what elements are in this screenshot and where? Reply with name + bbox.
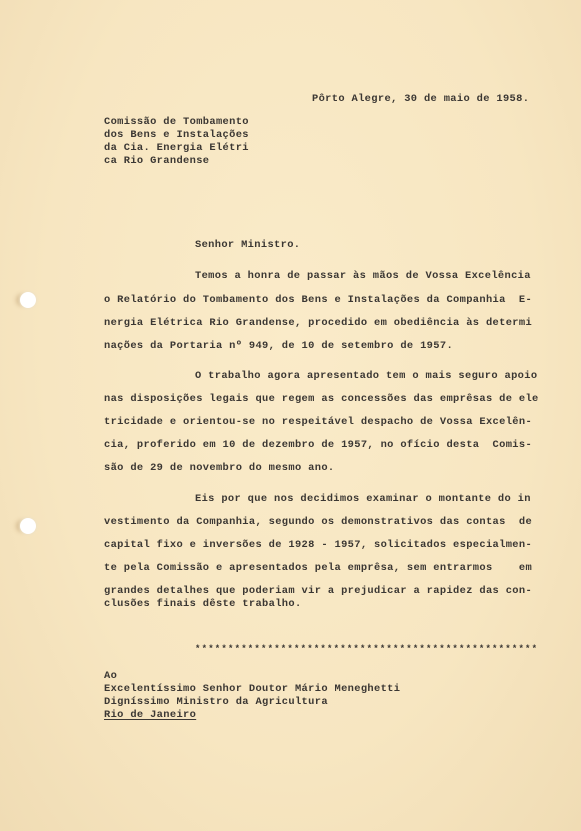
sender-line-1: Comissão de Tombamento xyxy=(104,116,249,129)
p2-line-3: tricidade e orientou-se no respeitável d… xyxy=(104,416,532,429)
separator-asterisks: ****************************************… xyxy=(195,643,538,656)
p1-line-2: o Relatório do Tombamento dos Bens e Ins… xyxy=(104,294,532,307)
salutation: Senhor Ministro. xyxy=(195,239,300,252)
p2-line-1: O trabalho agora apresentado tem o mais … xyxy=(195,370,537,383)
p3-line-4: te pela Comissão e apresentados pela emp… xyxy=(104,562,532,575)
addressee-line-4: Rio de Janeiro xyxy=(104,709,196,722)
sender-line-4: ca Rio Grandense xyxy=(104,155,209,168)
addressee-line-3: Digníssimo Ministro da Agricultura xyxy=(104,696,328,709)
sender-line-3: da Cia. Energia Elétri xyxy=(104,142,249,155)
punch-hole-top xyxy=(20,292,36,308)
p1-line-4: nações da Portaria nº 949, de 10 de sete… xyxy=(104,340,453,353)
sender-line-3-text: da Cia. Energia Elétri xyxy=(104,142,249,154)
p3-line-5: grandes detalhes que poderiam vir a prej… xyxy=(104,585,532,598)
addressee-line-2: Excelentíssimo Senhor Doutor Mário Meneg… xyxy=(104,683,400,696)
p3-line-1: Eis por que nos decidimos examinar o mon… xyxy=(195,493,531,506)
p2-line-5: são de 29 de novembro do mesmo ano. xyxy=(104,462,335,475)
document-page: Pôrto Alegre, 30 de maio de 1958. Comiss… xyxy=(0,0,581,831)
sender-line-2: dos Bens e Instalações xyxy=(104,129,249,142)
p2-line-2: nas disposições legais que regem as conc… xyxy=(104,393,539,406)
p1-line-3: nergia Elétrica Rio Grandense, procedido… xyxy=(104,317,532,330)
p1-line-1: Temos a honra de passar às mãos de Vossa… xyxy=(195,270,531,283)
p2-line-4: cia, proferido em 10 de dezembro de 1957… xyxy=(104,439,532,452)
addressee-line-1: Ao xyxy=(104,670,117,683)
p3-line-6: clusões finais dêste trabalho. xyxy=(104,598,302,611)
date-line: Pôrto Alegre, 30 de maio de 1958. xyxy=(312,93,529,106)
p3-line-3: capital fixo e inversões de 1928 - 1957,… xyxy=(104,539,532,552)
punch-hole-bottom xyxy=(20,518,36,534)
p3-line-2: vestimento da Companhia, segundo os demo… xyxy=(104,516,532,529)
